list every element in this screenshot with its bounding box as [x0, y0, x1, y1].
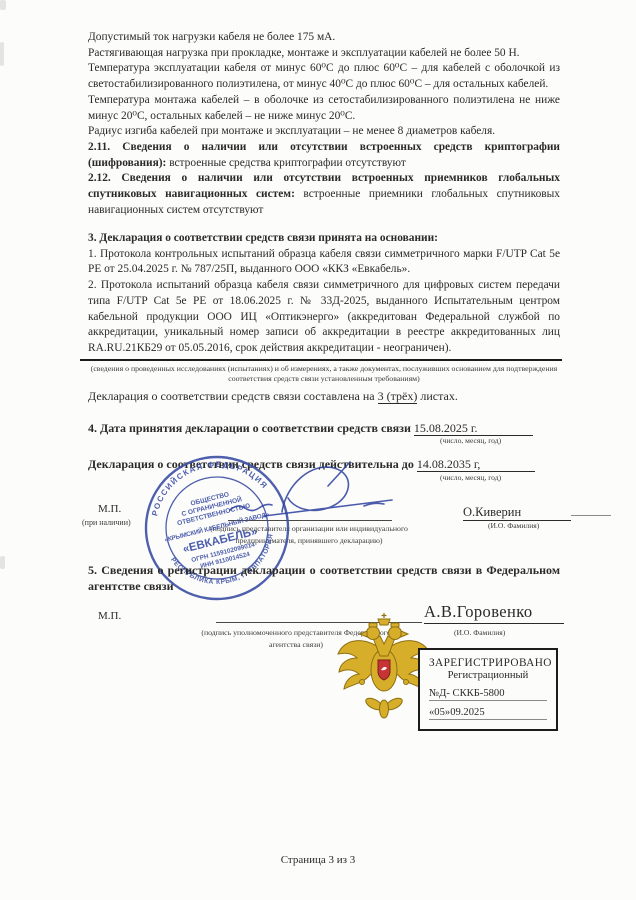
specs-block: Допустимый ток нагрузки кабеля не более … — [88, 30, 560, 218]
spec-line: Температура монтажа кабелей – в оболочке… — [88, 93, 560, 124]
sheets-line: Декларация о соответствии средств связи … — [88, 389, 568, 404]
section-5-heading: 5. Сведения о регистрации декларации о с… — [88, 562, 560, 594]
registration-date: «05»09.2025 — [429, 707, 547, 720]
name-format-hint: (И.О. Фамилия) — [488, 521, 539, 530]
sheets-count: 3 (трёх) — [378, 389, 418, 404]
basis-note: (сведения о проведенных исследованиях (и… — [88, 364, 560, 384]
spec-line: Растягивающая нагрузка при прокладке, мо… — [88, 46, 560, 62]
date-format-hint: (число, месяц, год) — [440, 473, 501, 482]
handwritten-signature — [224, 454, 416, 528]
name-format-hint: (И.О. Фамилия) — [454, 628, 505, 637]
basis-rule-line — [80, 359, 562, 361]
spec-line: Радиус изгиба кабелей при монтаже и эксп… — [88, 124, 560, 140]
scan-artifact — [0, 556, 5, 569]
section-3-item: 1. Протокола контрольных испытаний образ… — [88, 247, 560, 278]
spec-line: Температура эксплуатации кабеля от минус… — [88, 61, 560, 92]
registrar-name-line: А.В.Горовенко — [424, 602, 564, 624]
section-4-label: 4. Дата принятия декларации о соответств… — [88, 421, 411, 435]
name-line-extension — [571, 503, 611, 516]
seal-place-label: М.П. — [98, 503, 121, 515]
section-3-item: 2. Протокола испытаний образца кабеля св… — [88, 278, 560, 357]
document-page: Допустимый ток нагрузки кабеля не более … — [0, 0, 636, 900]
registrar-name: А.В.Горовенко — [424, 602, 564, 624]
clause-2-11-value: встроенные средства криптографии отсутст… — [169, 157, 406, 169]
scan-artifact — [0, 0, 6, 10]
sheets-prefix: Декларация о соответствии средств связи … — [88, 389, 375, 403]
clause-2-11: 2.11. Сведения о наличии или отсутствии … — [88, 140, 560, 171]
registration-status: ЗАРЕГИСТРИРОВАНО — [429, 657, 547, 669]
signature-scribble-icon — [224, 454, 416, 528]
date-format-hint: (число, месяц, год) — [440, 436, 501, 445]
section-3: 3. Декларация о соответствии средств свя… — [88, 231, 560, 384]
section-5: 5. Сведения о регистрации декларации о с… — [88, 562, 560, 594]
acceptance-date: 15.08.2025 г. — [414, 421, 533, 436]
seal-place-label: М.П. — [98, 610, 121, 622]
declarant-name: О.Киверин — [463, 505, 571, 521]
clause-2-12: 2.12. Сведения о наличии или отсутствии … — [88, 171, 560, 218]
registration-box: ЗАРЕГИСТРИРОВАНО Регистрационный №Д- СКК… — [418, 648, 558, 731]
spec-line: Допустимый ток нагрузки кабеля не более … — [88, 30, 560, 46]
seal-optional-note: (при наличии) — [82, 518, 131, 527]
scan-artifact — [0, 42, 4, 66]
registration-subtitle: Регистрационный — [429, 670, 547, 681]
section-4: 4. Дата принятия декларации о соответств… — [88, 421, 578, 436]
page-number: Страница 3 из 3 — [0, 854, 636, 866]
declarant-name-line: О.Киверин — [463, 503, 611, 521]
section-3-heading: 3. Декларация о соответствии средств свя… — [88, 231, 560, 247]
valid-until-date: 14.08.2035 г, — [417, 457, 536, 472]
sheets-suffix: листах. — [420, 389, 457, 403]
registration-number: №Д- СККБ-5800 — [429, 688, 547, 701]
